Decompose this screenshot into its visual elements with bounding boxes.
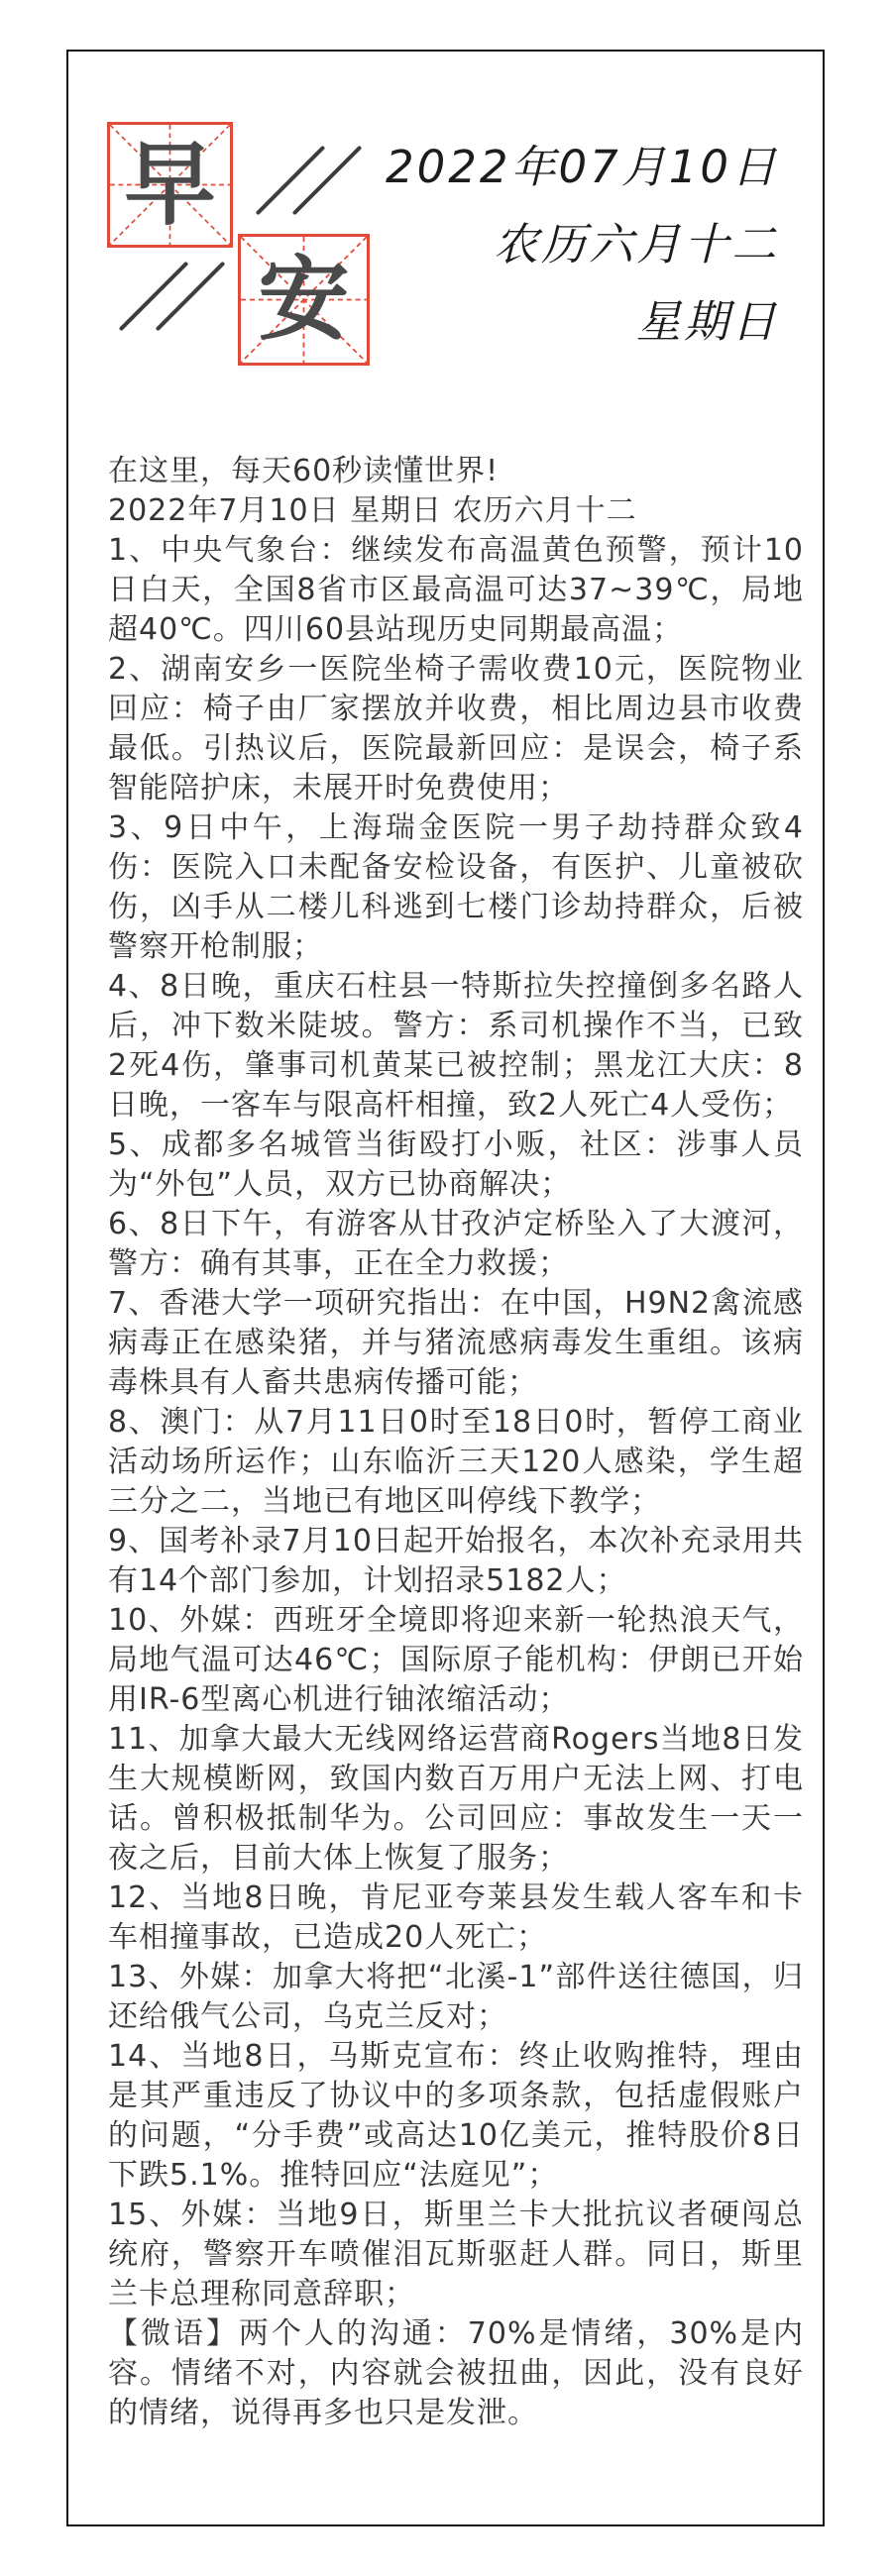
slash-decoration-icon — [119, 262, 189, 332]
news-item-1: 1、中央气象台：继续发布高温黄色预警，预计10日白天，全国8省市区最高温可达37… — [108, 531, 804, 650]
slash-decoration-icon — [292, 146, 363, 216]
slash-decoration-icon — [256, 146, 326, 216]
news-item-4: 4、8日晚，重庆石柱县一特斯拉失控撞倒多名路人后，冲下数米陡坡。警方：系司机操作… — [108, 967, 804, 1126]
news-item-13: 13、外媒：加拿大将把“北溪-1”部件送往德国，归还给俄气公司，乌克兰反对； — [108, 1958, 804, 2037]
logo-char-zao: 早 — [110, 125, 230, 245]
date-heading-line: 2022年7月10日 星期日 农历六月十二 — [108, 491, 804, 531]
news-item-12: 12、当地8日晚，肯尼亚夸莱县发生载人客车和卡车相撞事故，已造成20人死亡； — [108, 1878, 804, 1958]
date-block: 2022年07月10日 农历六月十二 星期日 — [386, 129, 779, 361]
date-weekday: 星期日 — [386, 283, 779, 361]
page-frame: 早 安 2022年07月10日 农历六月十二 星期日 在这里，每天60秒读懂世界 — [66, 50, 825, 2526]
news-item-6: 6、8日下午，有游客从甘孜泸定桥坠入了大渡河，警方：确有其事，正在全力救援； — [108, 1205, 804, 1284]
news-item-8: 8、澳门：从7月11日0时至18日0时，暂停工商业活动场所运作；山东临沂三天12… — [108, 1403, 804, 1522]
weiyu-quote: 【微语】两个人的沟通：70%是情绪，30%是内容。情绪不对，内容就会被扭曲，因此… — [108, 2314, 804, 2433]
date-gregorian: 2022年07月10日 — [386, 129, 779, 206]
news-content: 在这里，每天60秒读懂世界! 2022年7月10日 星期日 农历六月十二 1、中… — [108, 452, 804, 2433]
news-item-15: 15、外媒：当地9日，斯里兰卡大批抗议者硬闯总统府，警察开车喷催泪瓦斯驱赶人群。… — [108, 2196, 804, 2314]
intro-line: 在这里，每天60秒读懂世界! — [108, 452, 804, 491]
news-item-7: 7、香港大学一项研究指出：在中国，H9N2禽流感病毒正在感染猪，并与猪流感病毒发… — [108, 1284, 804, 1403]
news-item-9: 9、国考补录7月10日起开始报名，本次补充录用共有14个部门参加，计划招录518… — [108, 1522, 804, 1601]
news-item-14: 14、当地8日，马斯克宣布：终止收购推特，理由是其严重违反了协议中的多项条款，包… — [108, 2037, 804, 2196]
slash-decoration-icon — [156, 262, 226, 332]
news-item-3: 3、9日中午，上海瑞金医院一男子劫持群众致4伤：医院入口未配备安检设备，有医护、… — [108, 808, 804, 967]
news-item-2: 2、湖南安乡一医院坐椅子需收费10元，医院物业回应：椅子由厂家摆放并收费，相比周… — [108, 650, 804, 808]
news-item-11: 11、加拿大最大无线网络运营商Rogers当地8日发生大规模断网，致国内数百万用… — [108, 1720, 804, 1878]
news-item-10: 10、外媒：西班牙全境即将迎来新一轮热浪天气，局地气温可达46℃；国际原子能机构… — [108, 1601, 804, 1720]
logo-char-an: 安 — [241, 237, 367, 363]
logo-grid-box-zao: 早 — [107, 122, 233, 248]
news-item-5: 5、成都多名城管当街殴打小贩，社区：涉事人员为“外包”人员，双方已协商解决； — [108, 1126, 804, 1205]
morning-news-poster: 早 安 2022年07月10日 农历六月十二 星期日 在这里，每天60秒读懂世界 — [0, 0, 892, 2576]
logo-grid-box-an: 安 — [238, 234, 370, 366]
date-lunar: 农历六月十二 — [386, 206, 779, 283]
